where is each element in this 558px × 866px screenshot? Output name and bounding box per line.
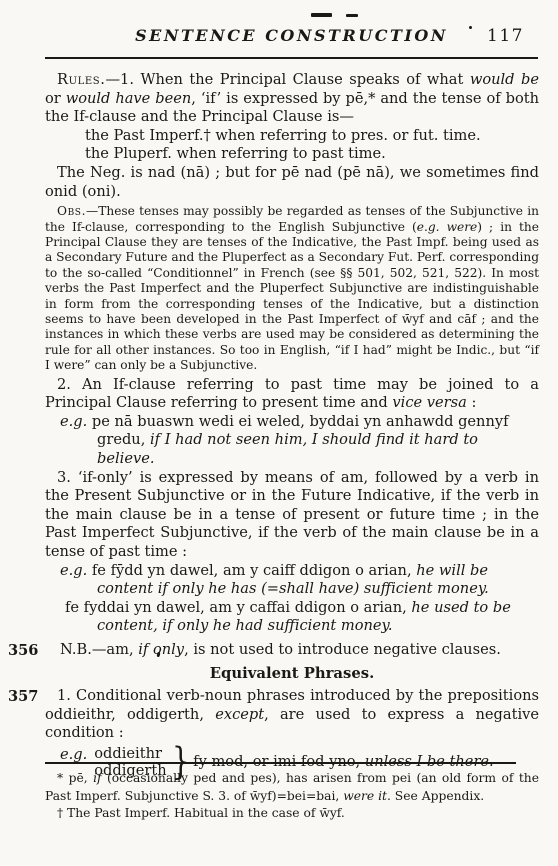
scan-artifact-dash bbox=[346, 14, 358, 17]
footnote-rule bbox=[45, 762, 516, 764]
footnotes: * pē, if (occasionally ped and pes), has… bbox=[45, 762, 539, 823]
header-rule bbox=[45, 57, 538, 59]
paragraph: Obs.—These tenses may possibly be regard… bbox=[45, 204, 539, 373]
text-column: Rules.—1. When the Principal Clause spea… bbox=[45, 71, 539, 780]
paragraph: 3. ‘if-only’ is expressed by means of am… bbox=[45, 469, 539, 562]
text-segment: except bbox=[215, 706, 264, 723]
text-segment: the Pluperf. when referring to past time… bbox=[85, 145, 386, 162]
text-segment: vice versa bbox=[392, 394, 466, 411]
paragraph: e.g. pe nā buaswn wedi ei weled, byddai … bbox=[97, 413, 539, 469]
paragraph: 2. An If-clause referring to past time m… bbox=[45, 376, 539, 413]
text-segment: the Past Imperf.† when referring to pres… bbox=[85, 127, 481, 144]
scan-artifact-dash bbox=[311, 13, 332, 17]
text-segment: e.g. bbox=[60, 413, 87, 430]
footnote: † The Past Imperf. Habitual in the case … bbox=[45, 805, 539, 823]
page-number: 117 bbox=[487, 26, 524, 46]
text-segment: fe fȳdd yn dawel, am y caiff ddigon o ar… bbox=[87, 562, 416, 579]
paragraph: 356N.B.—am, if only, is not used to intr… bbox=[45, 641, 539, 660]
text-segment: N.B.—am, bbox=[60, 641, 138, 658]
paragraph: 3571. Conditional verb-noun phrases intr… bbox=[45, 687, 539, 743]
paragraph: the Pluperf. when referring to past time… bbox=[45, 145, 539, 164]
text-segment: fe fyddai yn dawel, am y caffai ddigon o… bbox=[65, 599, 411, 616]
running-header: SENTENCE CONSTRUCTION 117 bbox=[45, 26, 538, 48]
text-segment: * pē, bbox=[57, 771, 93, 785]
text-segment: would be bbox=[470, 71, 539, 88]
text-segment: e.g. bbox=[60, 562, 87, 579]
book-page: SENTENCE CONSTRUCTION 117 Rules.—1. When… bbox=[0, 0, 558, 866]
text-segment: The Neg. is nad (nā) ; but for pē nad (p… bbox=[45, 164, 539, 200]
paragraph: the Past Imperf.† when referring to pres… bbox=[45, 127, 539, 146]
text-segment: Rules. bbox=[57, 71, 105, 88]
text-segment: . See Appendix. bbox=[387, 789, 484, 803]
section-heading: Equivalent Phrases. bbox=[45, 665, 539, 684]
footnote: * pē, if (occasionally ped and pes), has… bbox=[45, 770, 539, 805]
text-segment: if only bbox=[138, 641, 184, 658]
margin-section-number: 357 bbox=[8, 688, 38, 707]
text-segment: e.g. were bbox=[417, 220, 478, 234]
paragraph: Rules.—1. When the Principal Clause spea… bbox=[45, 71, 539, 127]
text-segment: , is not used to introduce negative clau… bbox=[184, 641, 501, 658]
text-segment: Obs. bbox=[57, 204, 86, 218]
margin-section-number: 356 bbox=[8, 642, 38, 661]
text-segment: would have been bbox=[66, 90, 192, 107]
text-segment: if I had not seen him, I should find it … bbox=[97, 431, 478, 467]
paragraph: fe fyddai yn dawel, am y caffai ddigon o… bbox=[97, 599, 539, 636]
page-title: SENTENCE CONSTRUCTION bbox=[45, 26, 538, 45]
paragraph: e.g. fe fȳdd yn dawel, am y caiff ddigon… bbox=[97, 562, 539, 599]
text-segment: 3. ‘if-only’ is expressed by means of am… bbox=[45, 469, 539, 560]
text-segment: Equivalent Phrases. bbox=[210, 665, 374, 682]
text-segment: if bbox=[93, 771, 101, 785]
text-segment: or bbox=[45, 90, 66, 107]
text-segment: were it bbox=[343, 789, 387, 803]
text-segment: † The Past Imperf. Habitual in the case … bbox=[57, 806, 345, 820]
text-segment: ) ; in the Principal Clause they are ten… bbox=[45, 220, 539, 373]
paragraph: The Neg. is nad (nā) ; but for pē nad (p… bbox=[45, 164, 539, 201]
text-segment: : bbox=[467, 394, 477, 411]
text-segment: —1. When the Principal Clause speaks of … bbox=[105, 71, 469, 88]
stack-word-top: oddieithr bbox=[94, 745, 166, 763]
footnote-list: * pē, if (occasionally ped and pes), has… bbox=[45, 770, 539, 823]
